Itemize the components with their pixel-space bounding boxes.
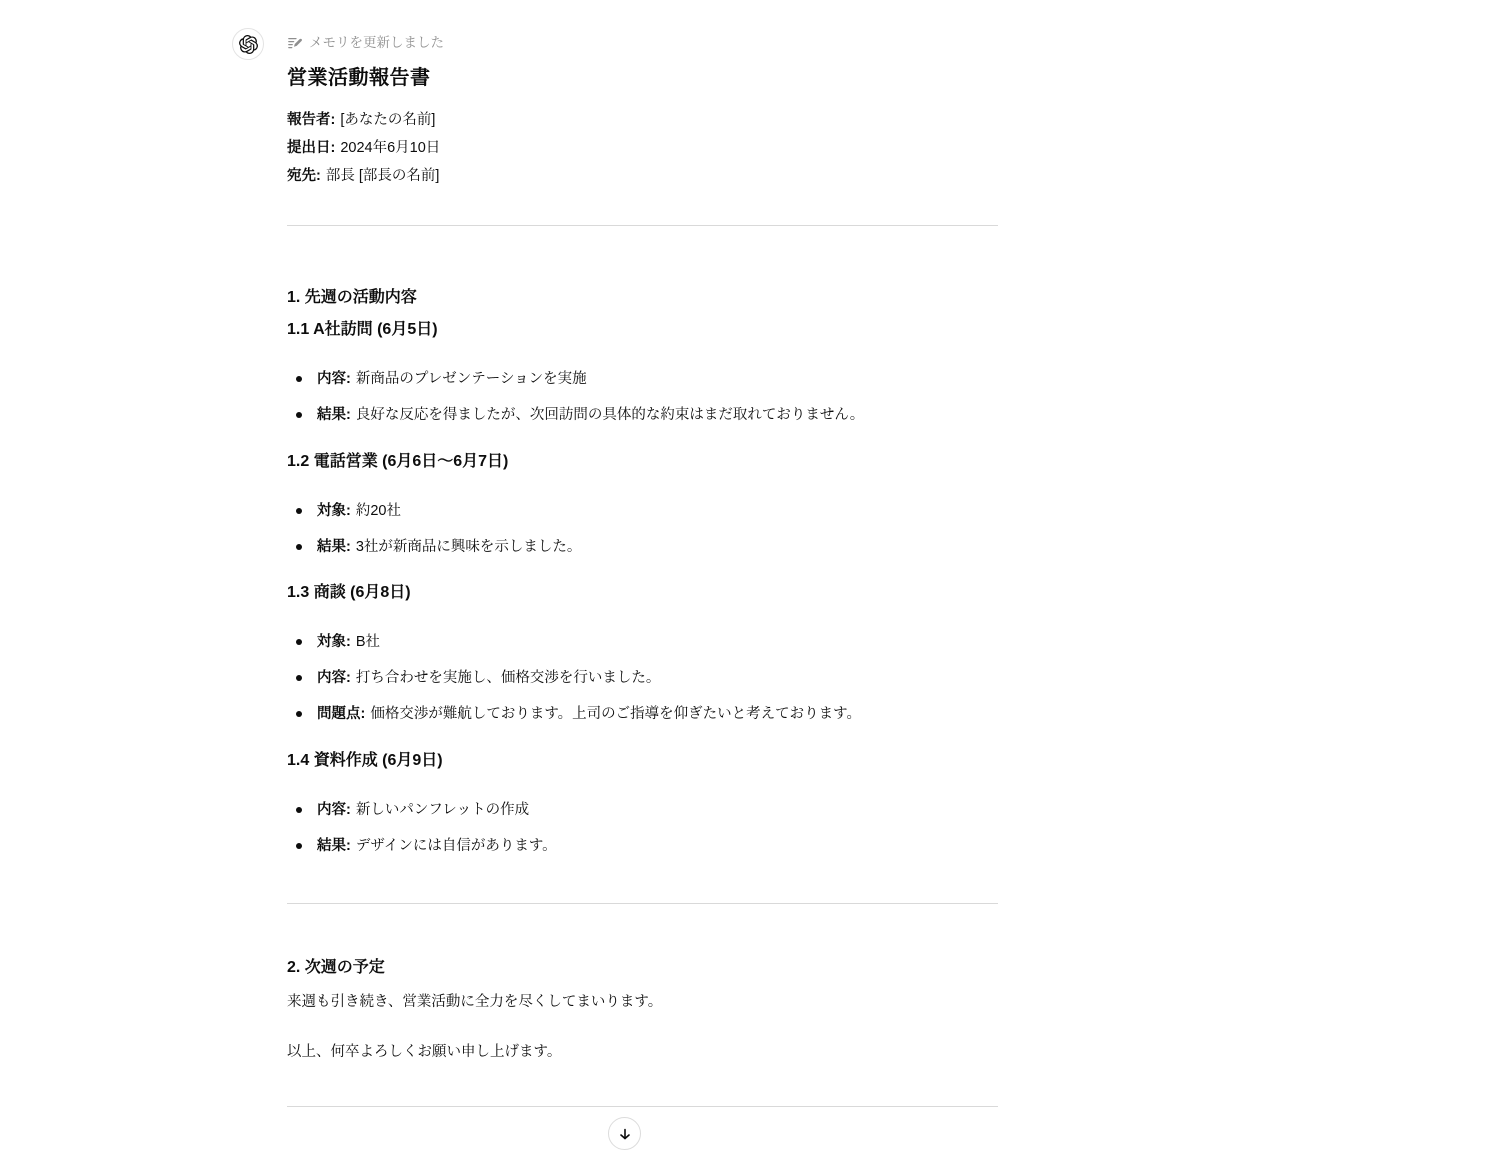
bullet-item: 結果:デザインには自信があります。 — [287, 832, 998, 860]
bullet-label: 内容: — [317, 371, 351, 387]
meta-reporter-value: [あなたの名前] — [340, 112, 435, 128]
bullet-label: 問題点: — [317, 706, 365, 722]
bullet-text: 約20社 — [356, 503, 401, 519]
bullet-item: 対象:約20社 — [287, 497, 998, 525]
meta-recipient-label: 宛先: — [287, 168, 321, 184]
next-week-paragraph: 来週も引き続き、営業活動に全力を尽くしてまいります。 — [287, 988, 998, 1016]
bullet-label: 内容: — [317, 670, 351, 686]
bullet-text: 新しいパンフレットの作成 — [356, 802, 529, 818]
meta-submit-date: 提出日:2024年6月10日 — [287, 134, 998, 162]
section-1-heading: 1. 先週の活動内容 — [287, 286, 998, 310]
bullet-item: 内容:打ち合わせを実施し、価格交渉を行いました。 — [287, 664, 998, 692]
closing-paragraph: 以上、何卒よろしくお願い申し上げます。 — [287, 1038, 998, 1066]
memory-updated-notice[interactable]: メモリを更新しました — [287, 33, 444, 53]
subsection-1-3-bullets: 対象:B社 内容:打ち合わせを実施し、価格交渉を行いました。 問題点:価格交渉が… — [287, 628, 998, 728]
assistant-message: メモリを更新しました 営業活動報告書 報告者:[あなたの名前] 提出日:2024… — [232, 28, 998, 1107]
bullet-item: 問題点:価格交渉が難航しております。上司のご指導を仰ぎたいと考えております。 — [287, 700, 998, 728]
bullet-label: 内容: — [317, 802, 351, 818]
scroll-to-bottom-button[interactable] — [608, 1117, 641, 1134]
openai-logo-icon — [239, 35, 258, 54]
bullet-text: 打ち合わせを実施し、価格交渉を行いました。 — [356, 670, 661, 686]
section-divider — [287, 903, 998, 904]
bullet-label: 結果: — [317, 539, 351, 555]
meta-submit-date-value: 2024年6月10日 — [340, 140, 440, 156]
meta-recipient-value: 部長 [部長の名前] — [326, 168, 440, 184]
subsection-1-2-heading: 1.2 電話営業 (6月6日〜6月7日) — [287, 450, 998, 474]
bullet-text: 新商品のプレゼンテーションを実施 — [356, 371, 587, 387]
subsection-1-3-heading: 1.3 商談 (6月8日) — [287, 581, 998, 605]
bullet-item: 結果:3社が新商品に興味を示しました。 — [287, 533, 998, 561]
assistant-avatar — [232, 28, 264, 60]
subsection-1-4-heading: 1.4 資料作成 (6月9日) — [287, 749, 998, 773]
bullet-text: 3社が新商品に興味を示しました。 — [356, 539, 582, 555]
bullet-item: 対象:B社 — [287, 628, 998, 656]
bullet-label: 結果: — [317, 407, 351, 423]
meta-reporter-label: 報告者: — [287, 112, 335, 128]
bullet-text: 価格交渉が難航しております。上司のご指導を仰ぎたいと考えております。 — [370, 706, 861, 722]
arrow-down-icon — [618, 1127, 632, 1135]
bullet-item: 結果:良好な反応を得ましたが、次回訪問の具体的な約束はまだ取れておりません。 — [287, 401, 998, 429]
section-divider — [287, 225, 998, 226]
subsection-1-1-heading: 1.1 A社訪問 (6月5日) — [287, 318, 998, 342]
bullet-label: 対象: — [317, 634, 351, 650]
bullet-text: 良好な反応を得ましたが、次回訪問の具体的な約束はまだ取れておりません。 — [356, 407, 864, 423]
report-title: 営業活動報告書 — [287, 64, 998, 92]
bullet-text: B社 — [356, 634, 380, 650]
subsection-1-1-bullets: 内容:新商品のプレゼンテーションを実施 結果:良好な反応を得ましたが、次回訪問の… — [287, 365, 998, 429]
bullet-item: 内容:新しいパンフレットの作成 — [287, 796, 998, 824]
report-meta: 報告者:[あなたの名前] 提出日:2024年6月10日 宛先:部長 [部長の名前… — [287, 106, 998, 190]
memory-notice-label: メモリを更新しました — [309, 33, 444, 53]
subsection-1-2-bullets: 対象:約20社 結果:3社が新商品に興味を示しました。 — [287, 497, 998, 561]
bullet-item: 内容:新商品のプレゼンテーションを実施 — [287, 365, 998, 393]
subsection-1-4-bullets: 内容:新しいパンフレットの作成 結果:デザインには自信があります。 — [287, 796, 998, 860]
bullet-text: デザインには自信があります。 — [356, 838, 557, 854]
bullet-label: 対象: — [317, 503, 351, 519]
bullet-label: 結果: — [317, 838, 351, 854]
meta-recipient: 宛先:部長 [部長の名前] — [287, 162, 998, 190]
section-2-heading: 2. 次週の予定 — [287, 956, 998, 980]
message-body: メモリを更新しました 営業活動報告書 報告者:[あなたの名前] 提出日:2024… — [287, 28, 998, 1107]
section-divider — [287, 1106, 998, 1107]
meta-submit-date-label: 提出日: — [287, 140, 335, 156]
meta-reporter: 報告者:[あなたの名前] — [287, 106, 998, 134]
memory-icon — [287, 36, 302, 51]
